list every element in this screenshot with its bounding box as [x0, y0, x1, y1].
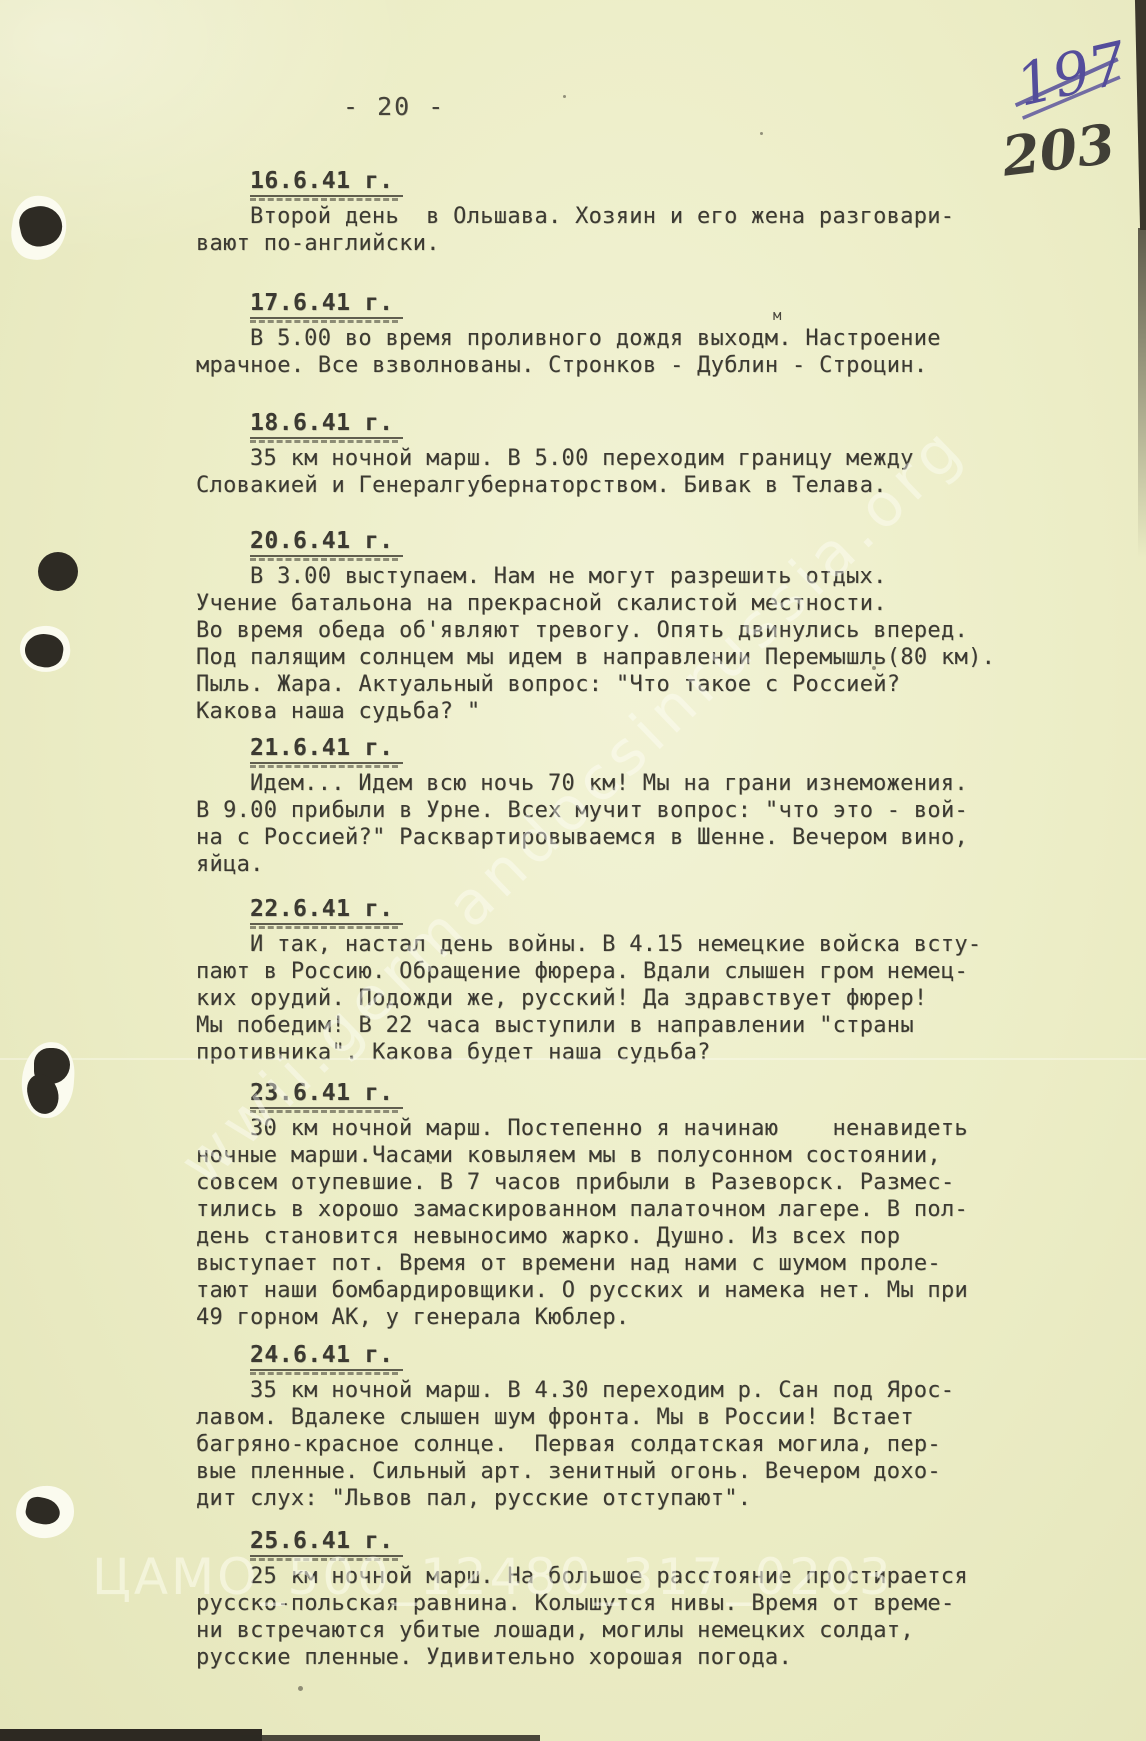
diary-line: ких орудий. Подожди же, русский! Да здра…: [196, 985, 1026, 1012]
diary-line: мрачное. Все взволнованы. Стронков - Дуб…: [196, 352, 1026, 379]
diary-line: Пыль. Жара. Актуальный вопрос: "Что тако…: [196, 671, 1026, 698]
diary-entry-16-6: 16.6.41 г. Второй день в Ольшава. Хозяин…: [196, 168, 1026, 257]
diary-line: Словакией и Генералгубернаторством. Бива…: [196, 472, 1026, 499]
diary-line: Под палящим солнцем мы идем в направлени…: [196, 644, 1026, 671]
diary-line: Во время обеда об'являют тревогу. Опять …: [196, 617, 1026, 644]
diary-line: 30 км ночной марш. Постепенно я начинаю …: [196, 1115, 1026, 1142]
scan-edge-right-fade: [1138, 228, 1146, 558]
diary-line: багряно-красное солнце. Первая солдатска…: [196, 1431, 1026, 1458]
scan-edge-right: [1129, 0, 1146, 230]
diary-line: 35 км ночной марш. В 4.30 переходим р. С…: [196, 1377, 1026, 1404]
diary-entry-25-6: 25.6.41 г. 25 км ночной марш. На большое…: [196, 1528, 1026, 1671]
diary-line: В 5.00 во время проливного дождя выходм.…: [196, 325, 1026, 352]
diary-line: тились в хорошо замаскированном палаточн…: [196, 1196, 1026, 1223]
diary-line: тают наши бомбардировщики. О русских и н…: [196, 1277, 1026, 1304]
dust-speck: [563, 95, 566, 98]
diary-line: совсем отупевшие. В 7 часов прибыли в Ра…: [196, 1169, 1026, 1196]
diary-line: русско-польская равнина. Колышутся нивы.…: [196, 1590, 1026, 1617]
dust-speck: [298, 1686, 303, 1691]
diary-line: 49 горном АК, у генерала Кюблер.: [196, 1304, 1026, 1331]
diary-line: выступает пот. Время от времени над нами…: [196, 1250, 1026, 1277]
diary-line: вают по-английски.: [196, 230, 1026, 257]
page-number: - 20 -: [343, 92, 445, 121]
diary-line: на с Россией?" Расквартировываемся в Шен…: [196, 824, 1026, 851]
scan-edge-bottom: [240, 1735, 540, 1741]
dust-speck: [760, 132, 763, 135]
diary-line: В 3.00 выступаем. Нам не могут разрешить…: [196, 563, 1026, 590]
entry-date: 23.6.41 г.: [250, 1080, 1026, 1115]
entry-date: 16.6.41 г.: [250, 168, 1026, 203]
diary-line: ночные марши.Часами ковыляем мы в полусо…: [196, 1142, 1026, 1169]
entry-date: 20.6.41 г.: [250, 528, 1026, 563]
diary-line: 35 км ночной марш. В 5.00 переходим гран…: [196, 445, 1026, 472]
diary-entry-22-6: 22.6.41 г. И так, настал день войны. В 4…: [196, 896, 1026, 1066]
diary-line: И так, настал день войны. В 4.15 немецки…: [196, 931, 1026, 958]
scan-edge-bottom-left: [0, 1729, 262, 1741]
diary-line: 25 км ночной марш. На большое расстояние…: [196, 1563, 1026, 1590]
entry-date: 22.6.41 г.: [250, 896, 1026, 931]
dust-speck: [429, 1161, 432, 1164]
diary-line: пают в Россию. Обращение фюрера. Вдали с…: [196, 958, 1026, 985]
diary-line: лавом. Вдалеке слышен шум фронта. Мы в Р…: [196, 1404, 1026, 1431]
typed-correction-mark: м: [773, 308, 781, 324]
diary-entry-24-6: 24.6.41 г. 35 км ночной марш. В 4.30 пер…: [196, 1342, 1026, 1512]
entry-date: 25.6.41 г.: [250, 1528, 1026, 1563]
diary-line: яйца.: [196, 851, 1026, 878]
entry-date: 18.6.41 г.: [250, 410, 1026, 445]
diary-entry-23-6: 23.6.41 г. 30 км ночной марш. Постепенно…: [196, 1080, 1026, 1331]
diary-line: день становится невыносимо жарко. Душно.…: [196, 1223, 1026, 1250]
diary-entry-20-6: 20.6.41 г. В 3.00 выступаем. Нам не могу…: [196, 528, 1026, 725]
diary-line: ни встречаются убитые лошади, могилы нем…: [196, 1617, 1026, 1644]
diary-entry-21-6: 21.6.41 г. Идем... Идем всю ночь 70 км! …: [196, 735, 1026, 878]
entry-date: 17.6.41 г.: [250, 290, 1026, 325]
diary-line: Учение батальона на прекрасной скалистой…: [196, 590, 1026, 617]
paper-crease: [0, 1058, 1146, 1060]
diary-line: Второй день в Ольшава. Хозяин и его жена…: [196, 203, 1026, 230]
handwritten-page-number: 203: [999, 111, 1119, 188]
diary-line: дит слух: "Львов пал, русские отступают"…: [196, 1485, 1026, 1512]
diary-line: В 9.00 прибыли в Урне. Всех мучит вопрос…: [196, 797, 1026, 824]
diary-line: русские пленные. Удивительно хорошая пог…: [196, 1644, 1026, 1671]
punch-hole: [38, 552, 78, 591]
dust-speck: [872, 666, 876, 670]
diary-line: вые пленные. Сильный арт. зенитный огонь…: [196, 1458, 1026, 1485]
diary-line: Мы победим! В 22 часа выступили в направ…: [196, 1012, 1026, 1039]
scanned-document-page: - 20 - 197 203 16.6.41 г. Второй день в …: [0, 0, 1146, 1741]
diary-line: Идем... Идем всю ночь 70 км! Мы на грани…: [196, 770, 1026, 797]
entry-date: 24.6.41 г.: [250, 1342, 1026, 1377]
handwritten-crossed-number: 197: [1010, 28, 1133, 119]
diary-entry-17-6: 17.6.41 г. В 5.00 во время проливного до…: [196, 290, 1026, 379]
entry-date: 21.6.41 г.: [250, 735, 1026, 770]
diary-line: Какова наша судьба? ": [196, 698, 1026, 725]
diary-line: противника". Какова будет наша судьба?: [196, 1039, 1026, 1066]
diary-entry-18-6: 18.6.41 г. 35 км ночной марш. В 5.00 пер…: [196, 410, 1026, 499]
